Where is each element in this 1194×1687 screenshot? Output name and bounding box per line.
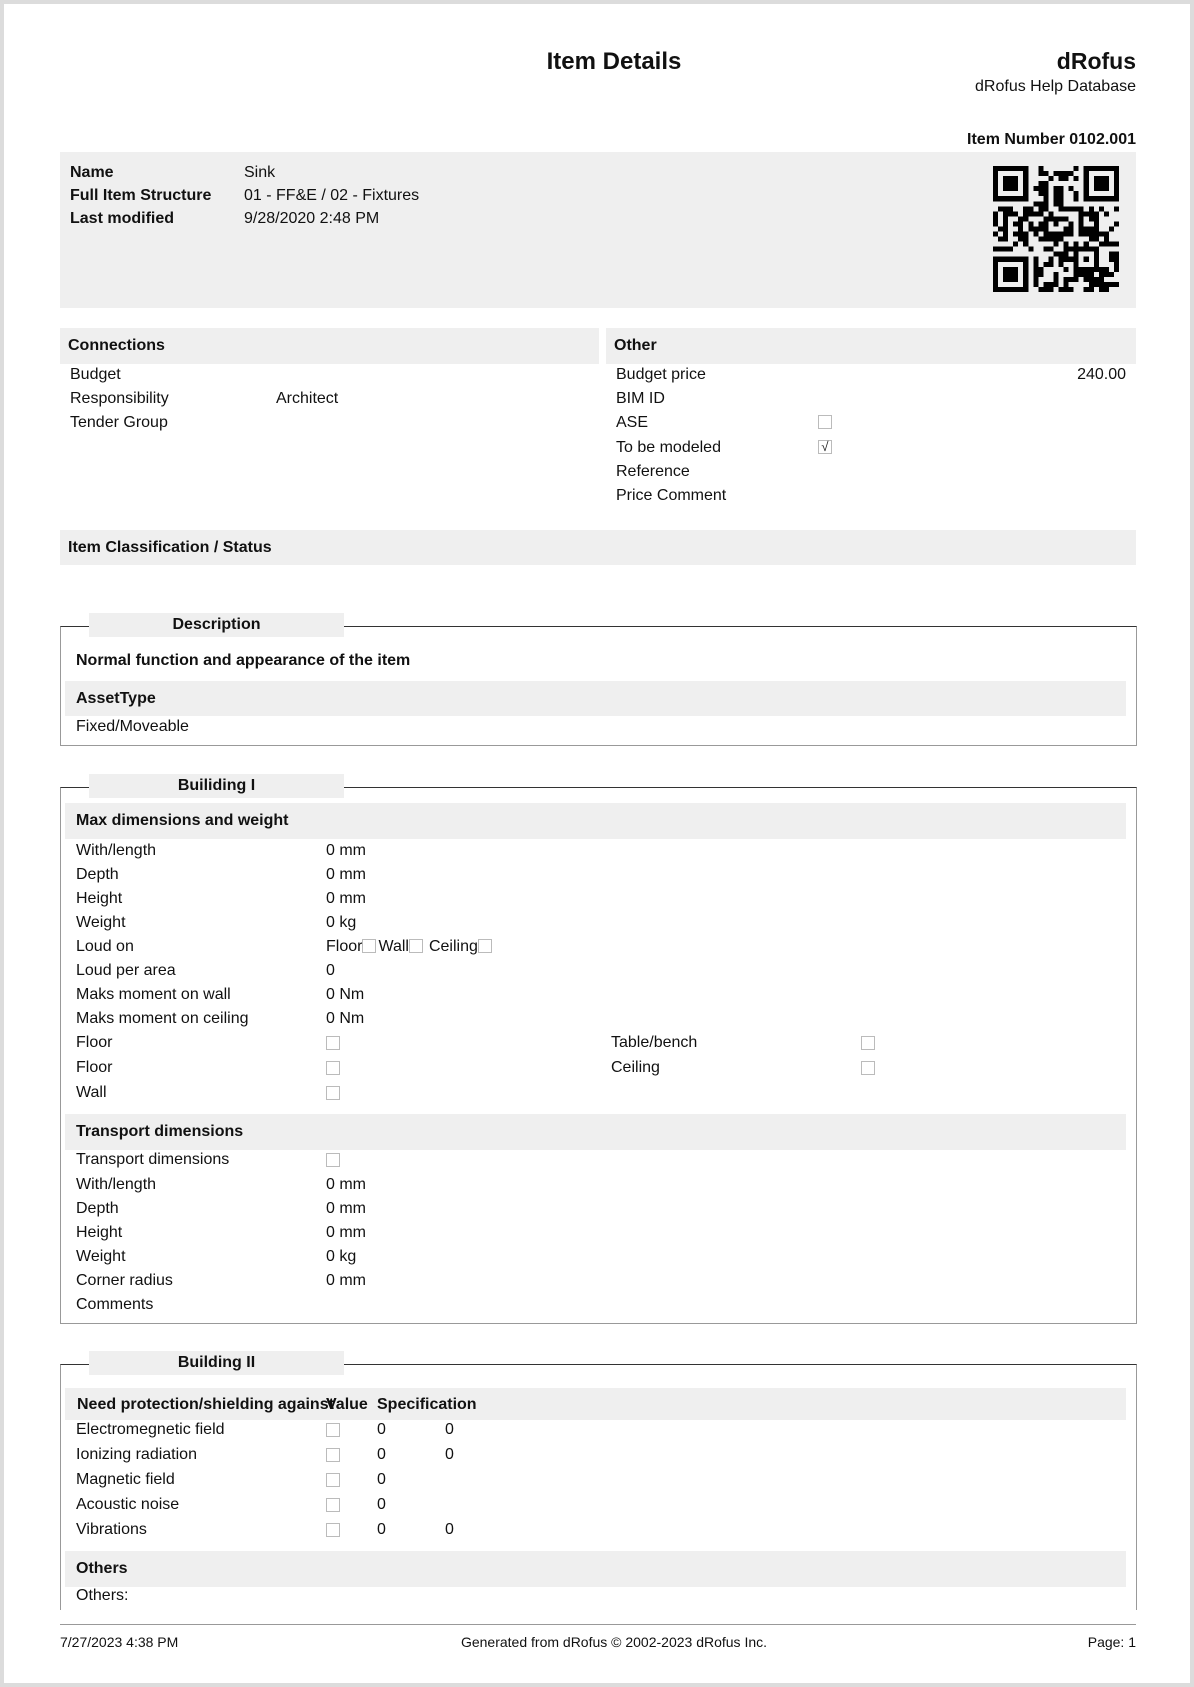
reference-label: Reference (616, 463, 690, 481)
info-label: Name (70, 164, 114, 182)
dimension-value: 0 Nm (326, 1010, 364, 1028)
mount-checkbox[interactable] (326, 1086, 340, 1100)
brand-name: dRofus (1057, 48, 1136, 75)
loud-on-floor-label: Floor (326, 938, 362, 955)
dimension-label: Height (76, 890, 122, 908)
loud-on-wall-checkbox[interactable] (409, 939, 423, 953)
budget-price-value: 240.00 (1077, 366, 1126, 384)
item-number: Item Number 0102.001 (967, 131, 1136, 149)
classification-title: Item Classification / Status (68, 539, 272, 557)
connection-label: Responsibility (70, 390, 169, 408)
others-header: Others (65, 1551, 1126, 1587)
transport-label: Corner radius (76, 1272, 173, 1290)
dimension-label: Maks moment on ceiling (76, 1010, 249, 1028)
shielding-spec: 0 (445, 1446, 454, 1464)
info-label: Last modified (70, 210, 174, 228)
info-label: Full Item Structure (70, 187, 211, 205)
transport-header: Transport dimensions (65, 1114, 1126, 1150)
dimension-value: 0 (326, 962, 335, 980)
shielding-label: Magnetic field (76, 1471, 175, 1489)
price-comment-label: Price Comment (616, 487, 726, 505)
budget-price-label: Budget price (616, 366, 706, 384)
transport-title: Transport dimensions (76, 1123, 243, 1141)
classification-header: Item Classification / Status (60, 530, 1136, 565)
connections-header: Connections (60, 328, 599, 364)
loud-on-wall-label: Wall (378, 938, 409, 955)
other-header: Other (606, 328, 1136, 364)
loud-on-ceiling-label: Ceiling (429, 938, 478, 955)
description-legend: Description (89, 613, 344, 637)
shielding-value: 0 (377, 1521, 386, 1539)
mount-label: Floor (76, 1059, 112, 1077)
dimension-label: Loud on (76, 938, 134, 956)
dimension-value: 0 Nm (326, 986, 364, 1004)
shielding-value: 0 (377, 1446, 386, 1464)
qr-code-icon (993, 166, 1119, 292)
max-dimensions-header: Max dimensions and weight (65, 803, 1126, 839)
shielding-value: 0 (377, 1421, 386, 1439)
footer-generated: Generated from dRofus © 2002-2023 dRofus… (0, 1634, 1194, 1650)
mount-checkbox[interactable] (861, 1061, 875, 1075)
mount-label: Ceiling (611, 1059, 660, 1077)
building1-fieldset (60, 787, 1137, 1324)
shielding-label: Acoustic noise (76, 1496, 179, 1514)
connection-label: Tender Group (70, 414, 168, 432)
ase-label: ASE (616, 414, 648, 432)
building2-legend: Building II (89, 1351, 344, 1375)
shielding-checkbox[interactable] (326, 1523, 340, 1537)
info-value: 01 - FF&E / 02 - Fixtures (244, 187, 419, 205)
transport-label: With/length (76, 1176, 156, 1194)
shielding-checkbox[interactable] (326, 1423, 340, 1437)
col-value: Value (326, 1396, 368, 1414)
dimension-label: Loud per area (76, 962, 176, 980)
mount-label: Wall (76, 1084, 107, 1102)
dimension-value: 0 mm (326, 866, 366, 884)
shielding-checkbox[interactable] (326, 1448, 340, 1462)
footer-divider (60, 1624, 1136, 1625)
col-specification: Specification (377, 1396, 477, 1414)
dimension-value: 0 mm (326, 890, 366, 908)
transport-label: Comments (76, 1296, 153, 1314)
shielding-value: 0 (377, 1496, 386, 1514)
mount-checkbox[interactable] (326, 1061, 340, 1075)
transport-value: 0 kg (326, 1248, 356, 1266)
mount-checkbox[interactable] (326, 1036, 340, 1050)
max-dimensions-title: Max dimensions and weight (76, 812, 288, 830)
others-label: Others: (76, 1587, 128, 1605)
dimension-label: Weight (76, 914, 126, 932)
dimension-label: With/length (76, 842, 156, 860)
mount-label: Floor (76, 1034, 112, 1052)
mount-checkbox[interactable] (861, 1036, 875, 1050)
others-title: Others (76, 1560, 128, 1578)
info-value: 9/28/2020 2:48 PM (244, 210, 379, 228)
shielding-spec: 0 (445, 1521, 454, 1539)
shielding-value: 0 (377, 1471, 386, 1489)
shielding-checkbox[interactable] (326, 1498, 340, 1512)
database-name: dRofus Help Database (975, 78, 1136, 96)
asset-type-value: Fixed/Moveable (76, 718, 189, 736)
col-need-protection: Need protection/shielding against (77, 1396, 334, 1414)
building1-legend: Builiding I (89, 774, 344, 798)
dimension-label: Depth (76, 866, 119, 884)
connections-title: Connections (68, 337, 165, 355)
shielding-label: Vibrations (76, 1521, 147, 1539)
transport-value: 0 mm (326, 1224, 366, 1242)
shielding-label: Ionizing radiation (76, 1446, 197, 1464)
connection-value: Architect (276, 390, 338, 408)
loud-on-floor-checkbox[interactable] (362, 939, 376, 953)
footer-page: Page: 1 (1088, 1634, 1136, 1650)
shielding-spec: 0 (445, 1421, 454, 1439)
transport-label: Weight (76, 1248, 126, 1266)
transport-value: 0 mm (326, 1200, 366, 1218)
connection-label: Budget (70, 366, 121, 384)
shielding-label: Electromegnetic field (76, 1421, 225, 1439)
transport-checkbox[interactable] (326, 1153, 340, 1167)
description-text: Normal function and appearance of the it… (76, 652, 410, 670)
mount-label: Table/bench (611, 1034, 697, 1052)
ase-checkbox[interactable] (818, 415, 832, 429)
transport-value: 0 mm (326, 1272, 366, 1290)
item-info-box (60, 152, 1136, 308)
shielding-header: Need protection/shielding against Value … (65, 1388, 1126, 1420)
transport-check-label: Transport dimensions (76, 1151, 229, 1169)
info-value: Sink (244, 164, 275, 182)
dimension-value: 0 kg (326, 914, 356, 932)
to-be-modeled-checkbox[interactable]: √ (818, 440, 832, 454)
transport-label: Depth (76, 1200, 119, 1218)
asset-type-title: AssetType (76, 690, 156, 708)
transport-value: 0 mm (326, 1176, 366, 1194)
asset-type-header: AssetType (65, 681, 1126, 716)
other-title: Other (614, 337, 657, 355)
bim-id-label: BIM ID (616, 390, 665, 408)
loud-on-options: FloorWallCeiling (326, 938, 494, 956)
shielding-checkbox[interactable] (326, 1473, 340, 1487)
to-be-modeled-label: To be modeled (616, 439, 721, 457)
dimension-value: 0 mm (326, 842, 366, 860)
transport-label: Height (76, 1224, 122, 1242)
page-title: Item Details (0, 48, 1194, 76)
loud-on-ceiling-checkbox[interactable] (478, 939, 492, 953)
dimension-label: Maks moment on wall (76, 986, 231, 1004)
